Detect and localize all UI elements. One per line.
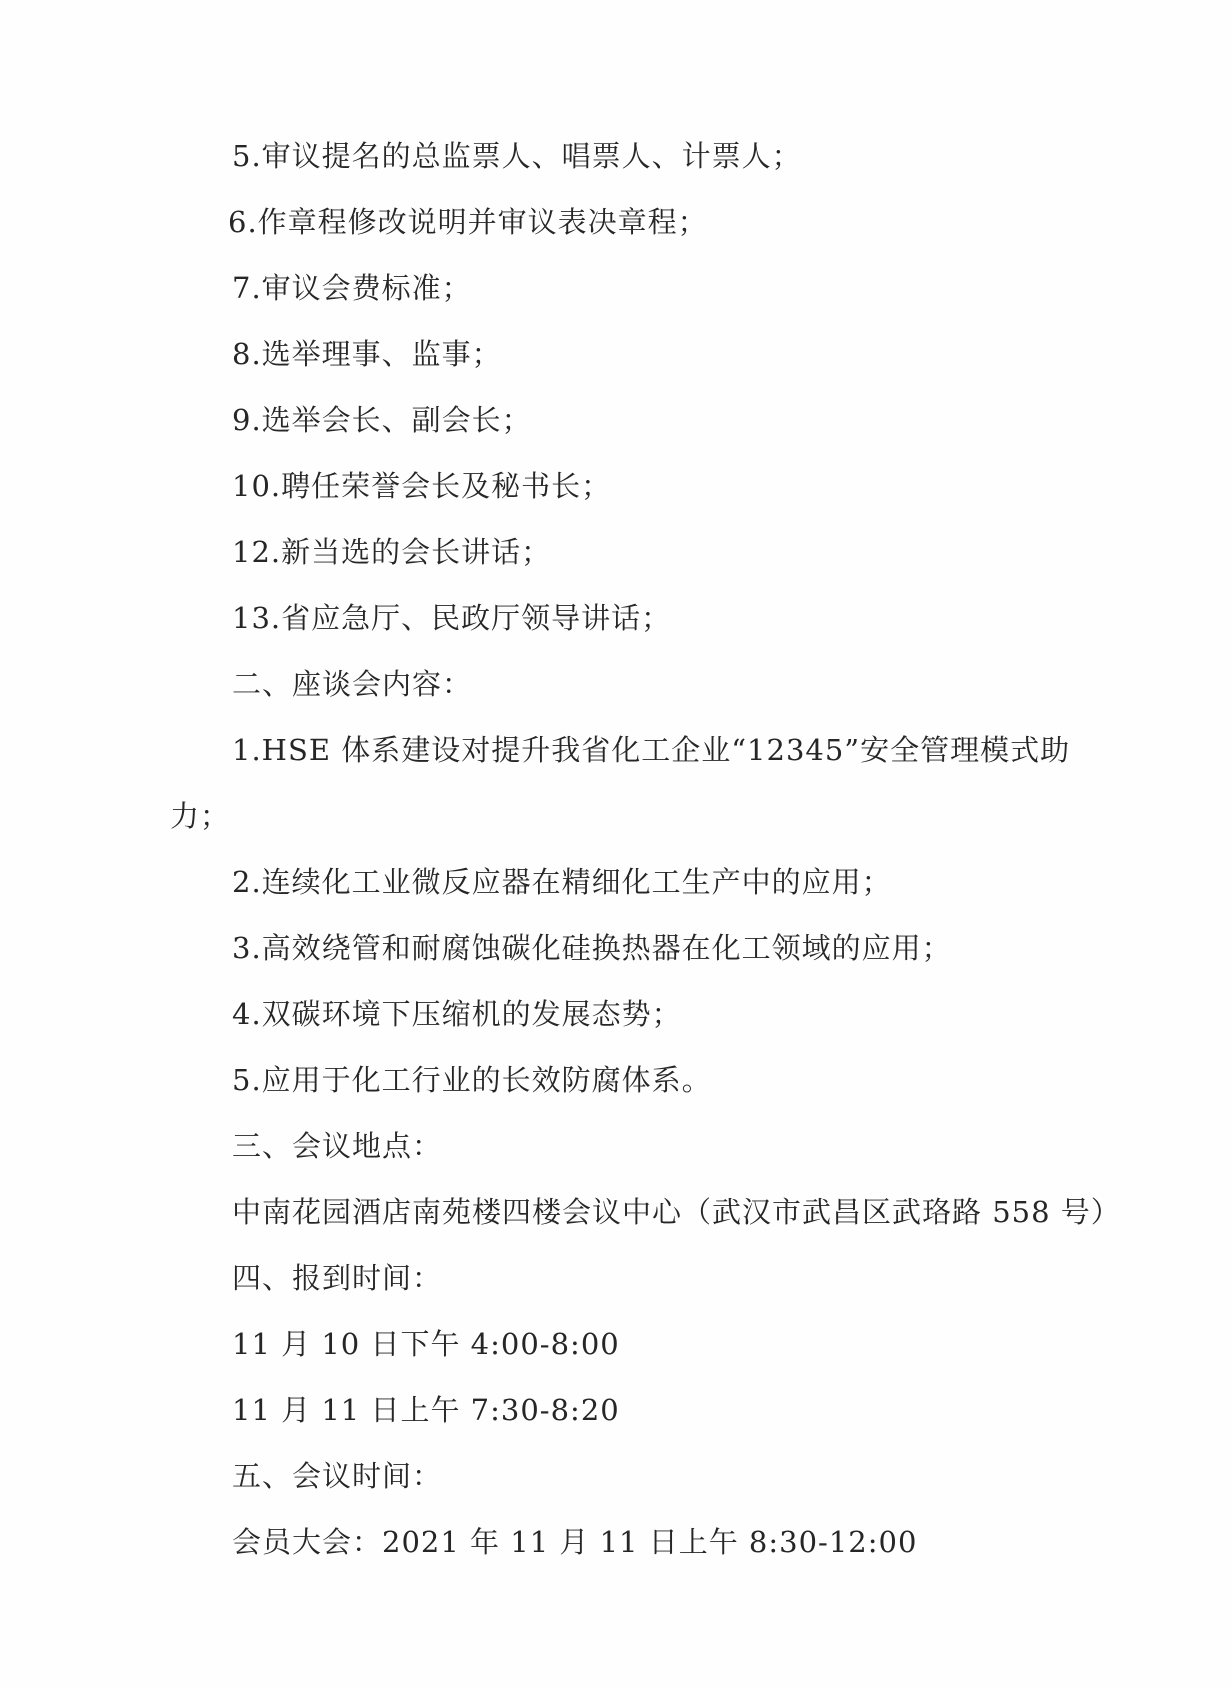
agenda-item-12: 12.新当选的会长讲话；: [232, 534, 551, 570]
forum-topic-1-continuation: 力；: [170, 798, 230, 834]
section-heading-forum-content: 二、座谈会内容：: [232, 666, 472, 702]
meeting-time-general-assembly: 会员大会：2021 年 11 月 11 日上午 8:30-12:00: [232, 1524, 917, 1560]
section-heading-meeting-time: 五、会议时间：: [232, 1458, 442, 1494]
agenda-item-10: 10.聘任荣誉会长及秘书长；: [232, 468, 611, 504]
forum-topic-2: 2.连续化工业微反应器在精细化工生产中的应用；: [232, 864, 892, 900]
section-heading-venue: 三、会议地点：: [232, 1128, 442, 1164]
agenda-item-5: 5.审议提名的总监票人、唱票人、计票人；: [232, 138, 802, 174]
registration-time-2: 11 月 11 日上午 7:30-8:20: [232, 1392, 620, 1428]
forum-topic-4: 4.双碳环境下压缩机的发展态势；: [232, 996, 682, 1032]
agenda-item-7: 7.审议会费标准；: [232, 270, 472, 306]
agenda-item-6: 6.作章程修改说明并审议表决章程；: [228, 204, 708, 240]
agenda-item-8: 8.选举理事、监事；: [232, 336, 502, 372]
agenda-item-13: 13.省应急厅、民政厅领导讲话；: [232, 600, 671, 636]
registration-time-1: 11 月 10 日下午 4:00-8:00: [232, 1326, 620, 1362]
forum-topic-5: 5.应用于化工行业的长效防腐体系。: [232, 1062, 712, 1098]
agenda-item-9: 9.选举会长、副会长；: [232, 402, 532, 438]
forum-topic-3: 3.高效绕管和耐腐蚀碳化硅换热器在化工领域的应用；: [232, 930, 952, 966]
venue-address: 中南花园酒店南苑楼四楼会议中心（武汉市武昌区武珞路 558 号）: [232, 1194, 1121, 1230]
forum-topic-1: 1.HSE 体系建设对提升我省化工企业“12345”安全管理模式助: [232, 732, 1070, 768]
section-heading-registration-time: 四、报到时间：: [232, 1260, 442, 1296]
document-page: 5.审议提名的总监票人、唱票人、计票人； 6.作章程修改说明并审议表决章程； 7…: [0, 0, 1232, 1687]
